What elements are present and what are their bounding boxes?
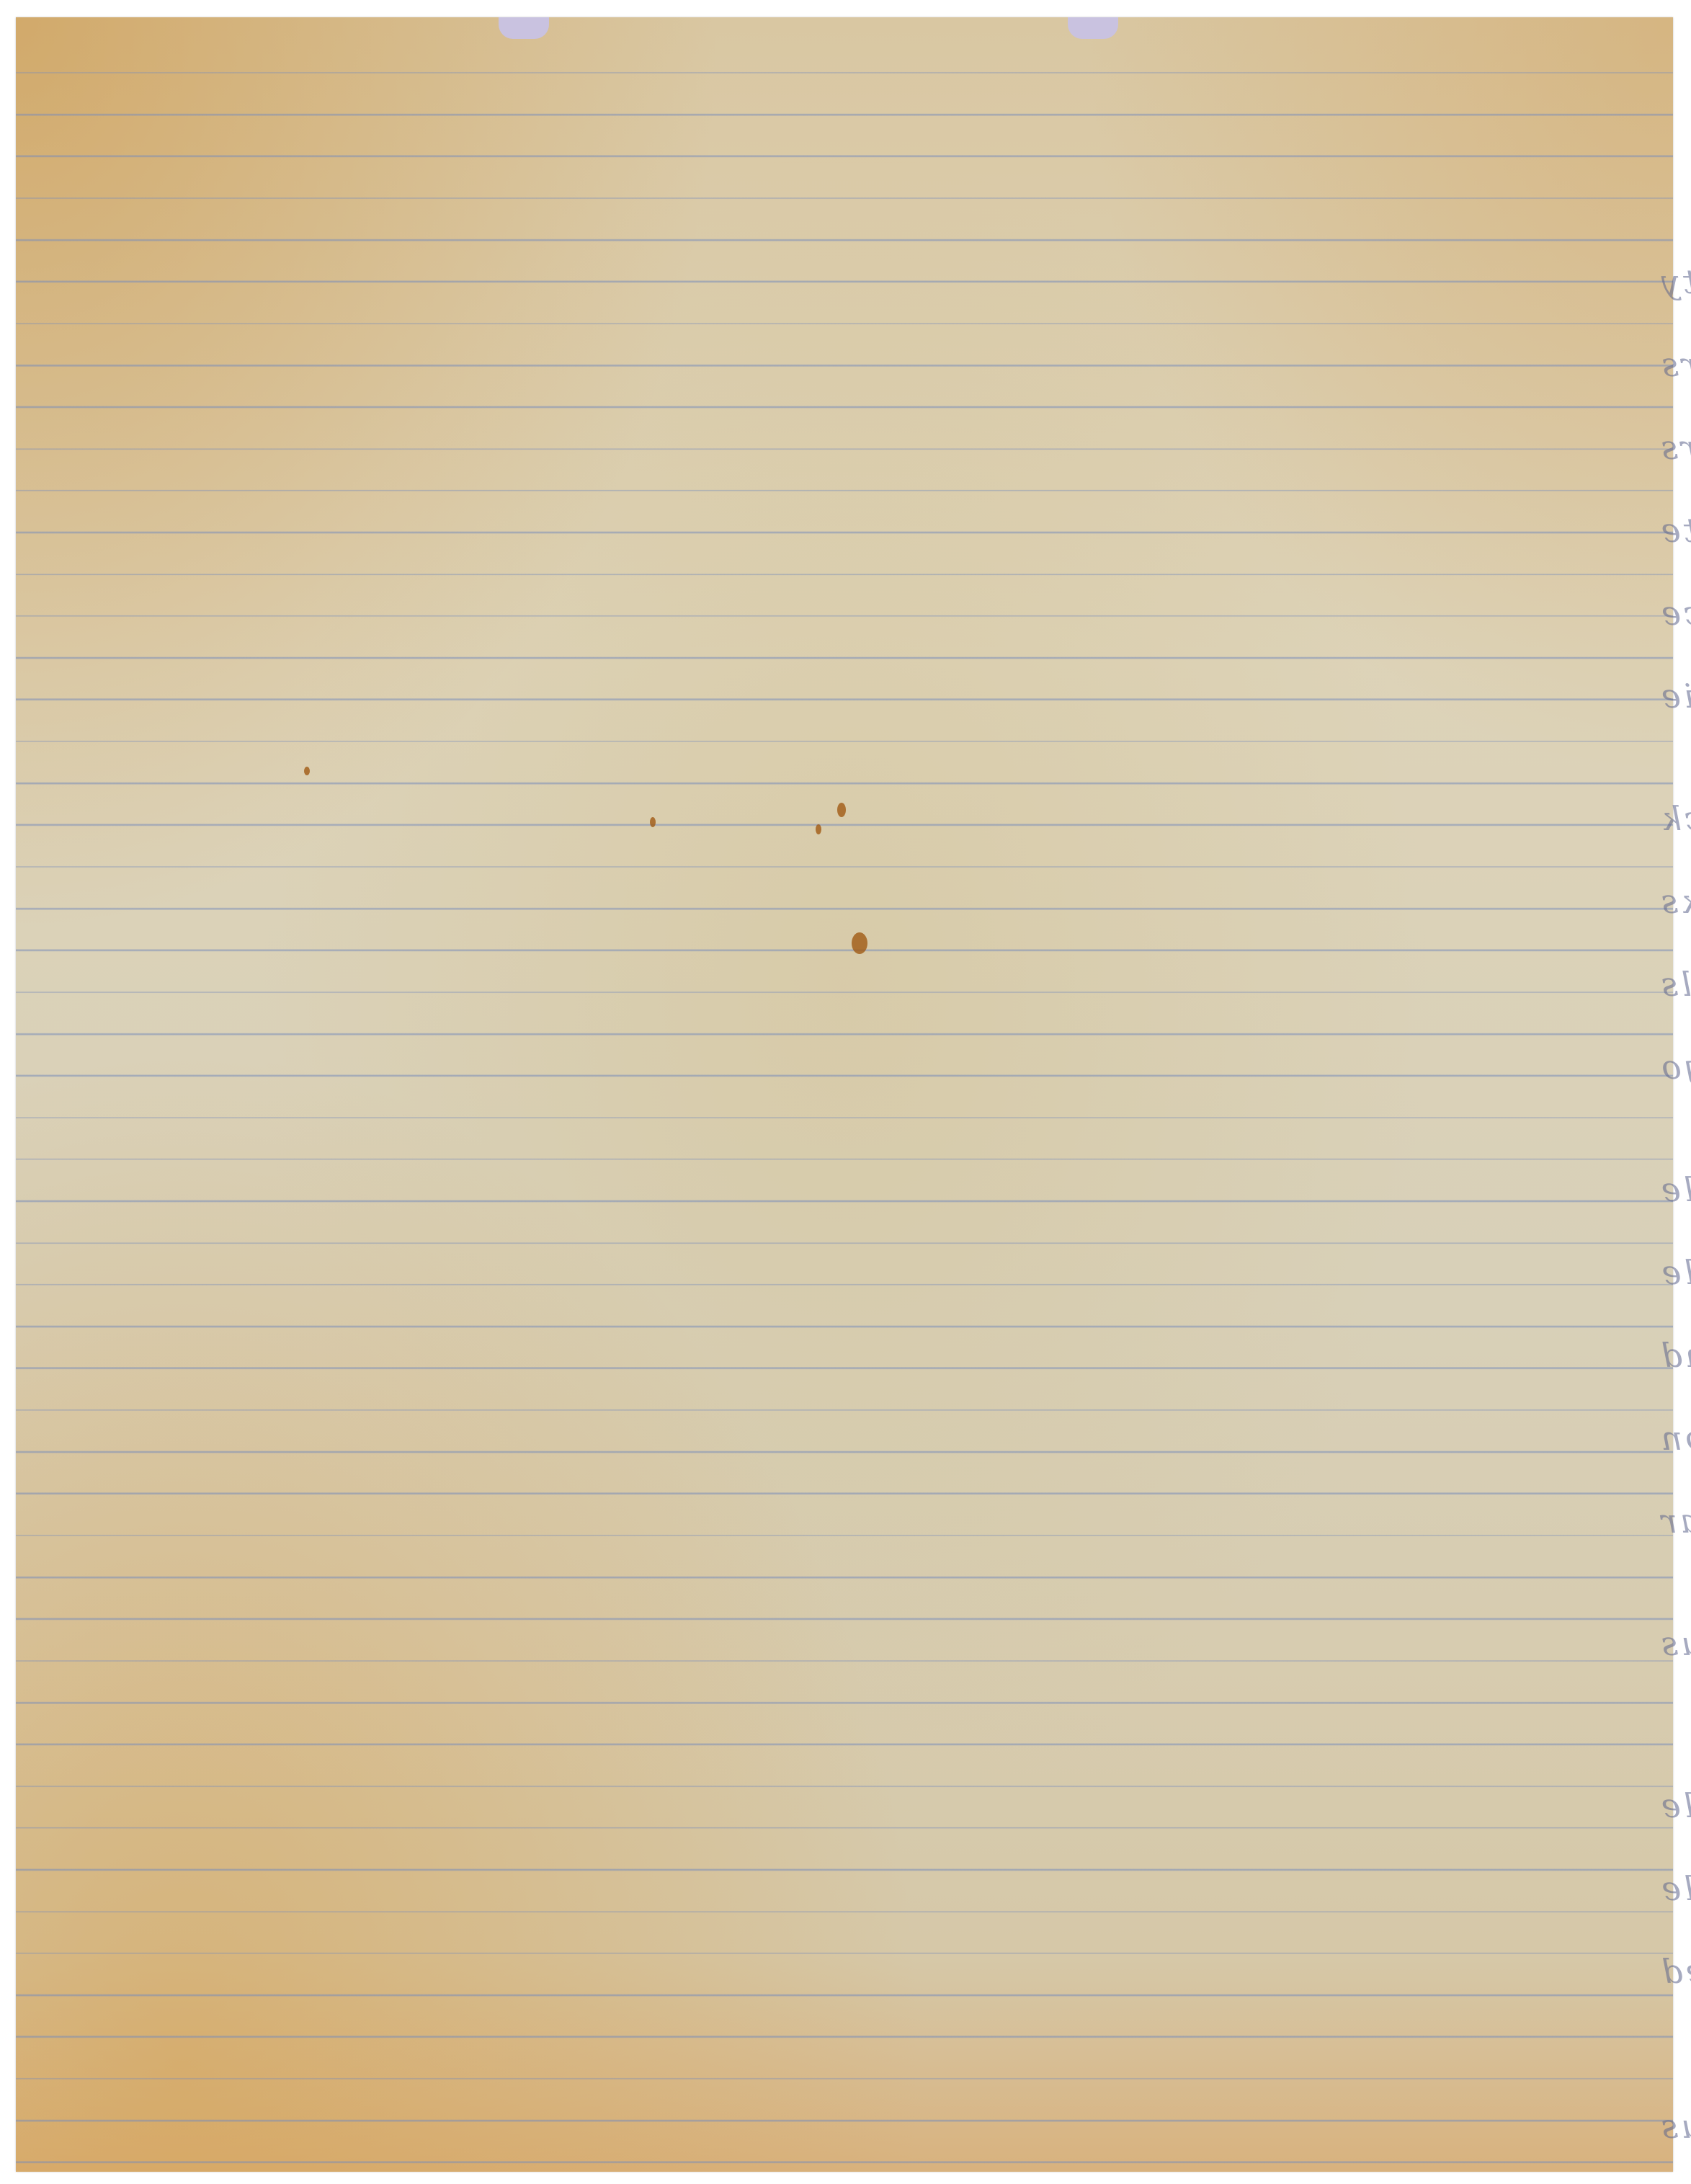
text-line: Chorus — [1659, 1624, 1691, 1663]
text-line: He says he's a beautician and sells you … — [1659, 1419, 1691, 1458]
text-line: She loves him, she loves him but just fo… — [1659, 1253, 1691, 1292]
paper-sheet: Oh little Teen Genie snuck off to the ci… — [16, 17, 1673, 2172]
handwritten-text: Oh little Teen Genie snuck off to the ci… — [16, 17, 1673, 2172]
text-line: loves chimney stacks — [1659, 882, 1691, 921]
text-line: He bites on the neon and sleeps in a cap… — [1659, 1869, 1691, 1908]
text-line: Strung out on lasers an' slash-back blaz… — [1659, 345, 1691, 384]
text-line: Oh little Teen Genie snuck off to the ci… — [1659, 262, 1691, 301]
text-line: Talking 'bout Monroe, walking on Snow Wh… — [1659, 511, 1691, 550]
text-line: Sits like a man but smiles like a reptil… — [1659, 1170, 1691, 1209]
text-line: He loves to be loved, loves to be loved — [1659, 1952, 1691, 1991]
text-line: Chorus — [1659, 2107, 1691, 2146]
text-line: And keeps all your dead hair for making … — [1659, 1502, 1691, 1541]
text-line: She'll scratch in the sand, won't let go… — [1659, 1336, 1691, 1375]
text-line: Outrageous screams and he bites bowls — [1659, 965, 1691, 1004]
text-line: Jean Genie let yourself go — [1659, 1048, 1691, 1087]
text-line: Ate all the razors while pulling the wai… — [1659, 428, 1691, 467]
text-line: New York's a go-go when everything taste… — [1659, 594, 1691, 633]
text-line: Jean Genie lives on his back — [1659, 799, 1691, 838]
text-line: Poor little Greenie — [1659, 677, 1691, 716]
text-line: He's so simple minded he can't drive his… — [1659, 1786, 1691, 1825]
